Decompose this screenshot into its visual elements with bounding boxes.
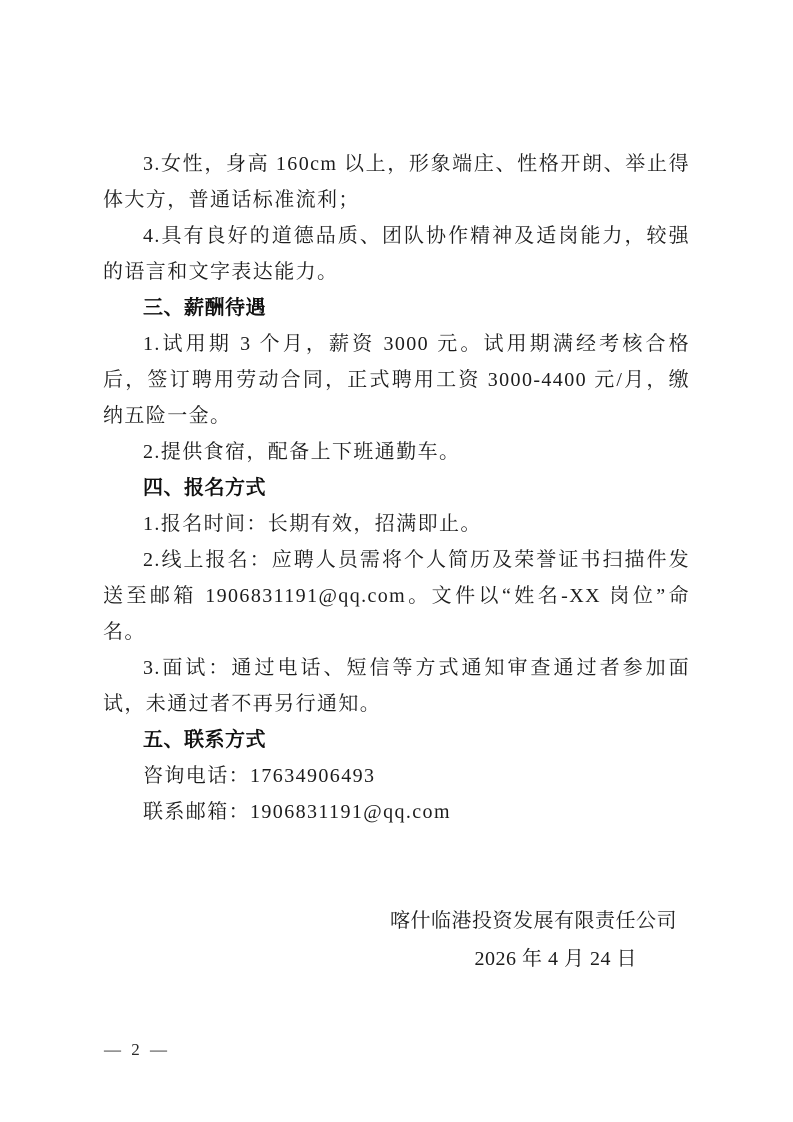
document-page: 3.女性，身高 160cm 以上，形象端庄、性格开朗、举止得体大方，普通话标准流… (0, 0, 793, 1122)
paragraph-application-time: 1.报名时间：长期有效，招满即止。 (103, 506, 690, 542)
paragraph-requirement-3: 3.女性，身高 160cm 以上，形象端庄、性格开朗、举止得体大方，普通话标准流… (103, 146, 690, 218)
section-heading-application: 四、报名方式 (103, 470, 690, 506)
paragraph-salary-benefits: 2.提供食宿，配备上下班通勤车。 (103, 434, 690, 470)
signature-block: 喀什临港投资发展有限责任公司 2026 年 4 月 24 日 (103, 902, 690, 978)
paragraph-contact-phone: 咨询电话：17634906493 (103, 758, 690, 794)
paragraph-contact-email: 联系邮箱：1906831191@qq.com (103, 794, 690, 830)
paragraph-interview-notice: 3.面试：通过电话、短信等方式通知审查通过者参加面试，未通过者不再另行通知。 (103, 650, 690, 722)
page-number: — 2 — (104, 1038, 170, 1062)
company-name: 喀什临港投资发展有限责任公司 (103, 902, 690, 940)
document-body: 3.女性，身高 160cm 以上，形象端庄、性格开朗、举止得体大方，普通话标准流… (103, 146, 690, 978)
section-heading-salary: 三、薪酬待遇 (103, 290, 690, 326)
section-heading-contact: 五、联系方式 (103, 722, 690, 758)
paragraph-requirement-4: 4.具有良好的道德品质、团队协作精神及适岗能力，较强的语言和文字表达能力。 (103, 218, 690, 290)
paragraph-salary-probation: 1.试用期 3 个月，薪资 3000 元。试用期满经考核合格后，签订聘用劳动合同… (103, 326, 690, 434)
paragraph-application-online: 2.线上报名：应聘人员需将个人简历及荣誉证书扫描件发送至邮箱 190683119… (103, 542, 690, 650)
signature-date: 2026 年 4 月 24 日 (103, 940, 690, 978)
